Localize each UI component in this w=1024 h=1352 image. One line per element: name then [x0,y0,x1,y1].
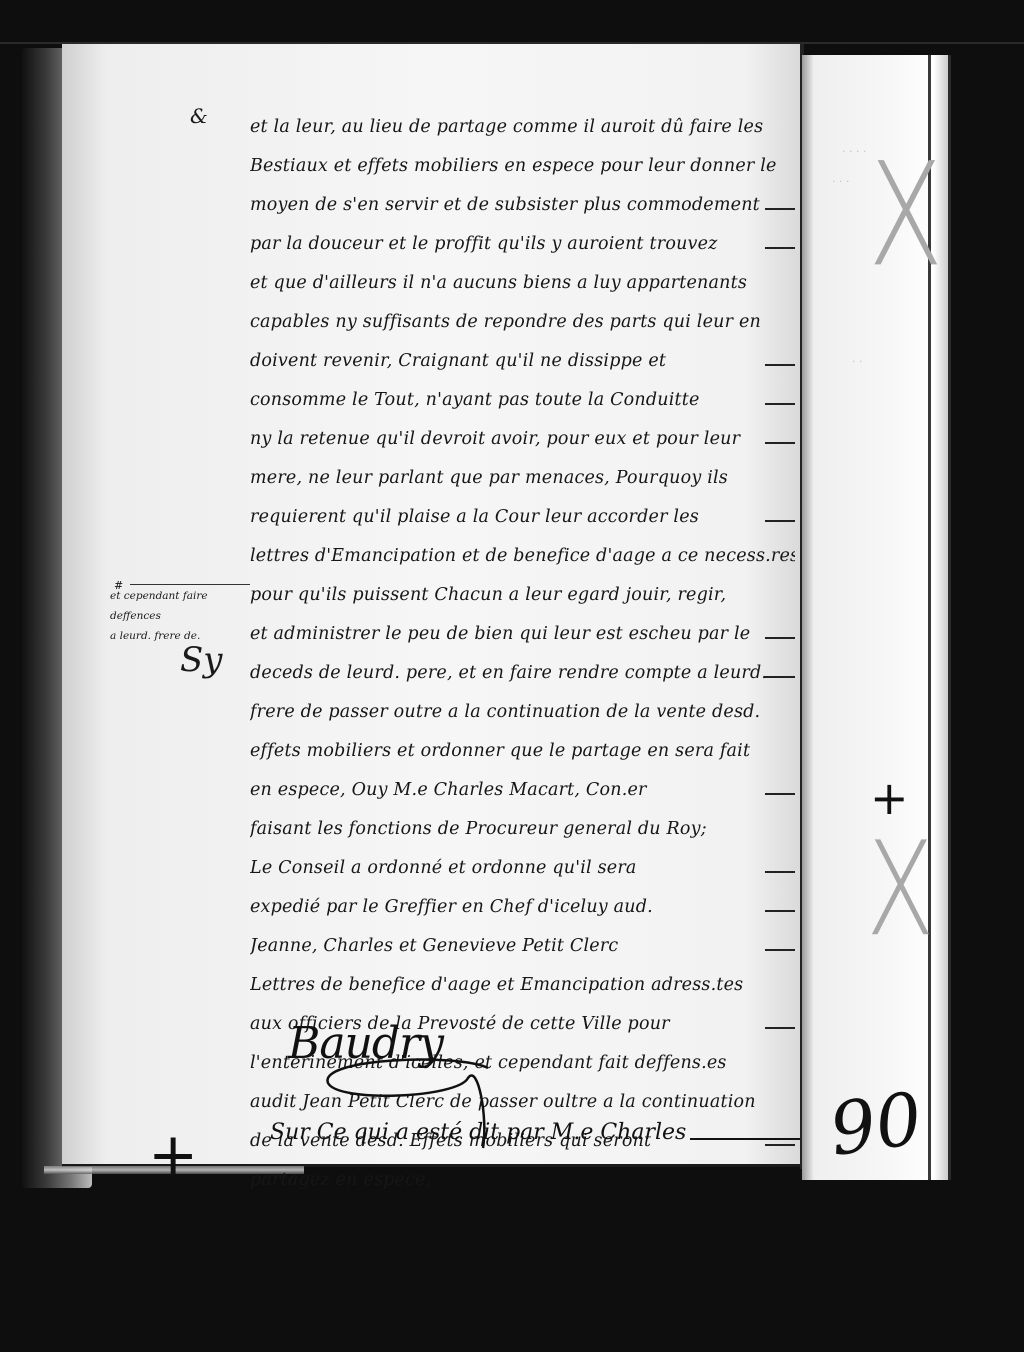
margin-note: # et cependant faire deffences a leurd. … [110,586,250,646]
text-line: par la douceur et le proffit qu'ils y au… [250,225,795,264]
pencil-x-mark: X [868,144,943,287]
text-line: lettres d'Emancipation et de benefice d'… [250,537,795,576]
faint-bleedthrough-text: · · · [832,175,849,188]
text-line: pour qu'ils puissent Chacun a leur egard… [250,576,795,615]
closing-rule [690,1138,800,1140]
text-line: deceds de leurd. pere, et en faire rendr… [250,654,795,693]
margin-rule [130,584,250,585]
margin-initials: Sy [180,640,223,680]
text-line: consomme le Tout, n'ayant pas toute la C… [250,381,795,420]
text-line: mere, ne leur parlant que par menaces, P… [250,459,795,498]
pencil-x-mark: X [866,825,935,955]
faint-bleedthrough-text: · · [852,355,863,368]
text-line: effets mobiliers et ordonner que le part… [250,732,795,771]
text-line: et la leur, au lieu de partage comme il … [250,108,795,147]
text-line: ny la retenue qu'il devroit avoir, pour … [250,420,795,459]
text-line: faisant les fonctions de Procureur gener… [250,810,795,849]
signature-flourish [258,1058,498,1178]
faint-bleedthrough-text: · · · · [842,145,866,158]
margin-note-line: et cependant faire deffences [110,586,250,626]
text-line: expedié par le Greffier en Chef d'iceluy… [250,888,795,927]
closing-line: Sur Ce qui a esté dit par M.e Charles [270,1120,686,1145]
corner-mark: & [190,104,208,128]
text-line: Lettres de benefice d'aage et Emancipati… [250,966,795,1005]
text-line: Le Conseil a ordonné et ordonne qu'il se… [250,849,795,888]
text-line: en espece, Ouy M.e Charles Macart, Con.e… [250,771,795,810]
margin-hash-mark: # [114,576,123,596]
text-line: capables ny suffisants de repondre des p… [250,303,795,342]
text-line: Bestiaux et effets mobiliers en espece p… [250,147,795,186]
text-line: frere de passer outre a la continuation … [250,693,795,732]
text-line: moyen de s'en servir et de subsister plu… [250,186,795,225]
cross-mark: + [148,1125,198,1185]
folio-number: 90 [825,1076,927,1172]
text-line: Jeanne, Charles et Genevieve Petit Clerc [250,927,795,966]
text-line: et que d'ailleurs il n'a aucuns biens a … [250,264,795,303]
text-line: requierent qu'il plaise a la Cour leur a… [250,498,795,537]
text-line: et administrer le peu de bien qui leur e… [250,615,795,654]
text-line: doivent revenir, Craignant qu'il ne diss… [250,342,795,381]
